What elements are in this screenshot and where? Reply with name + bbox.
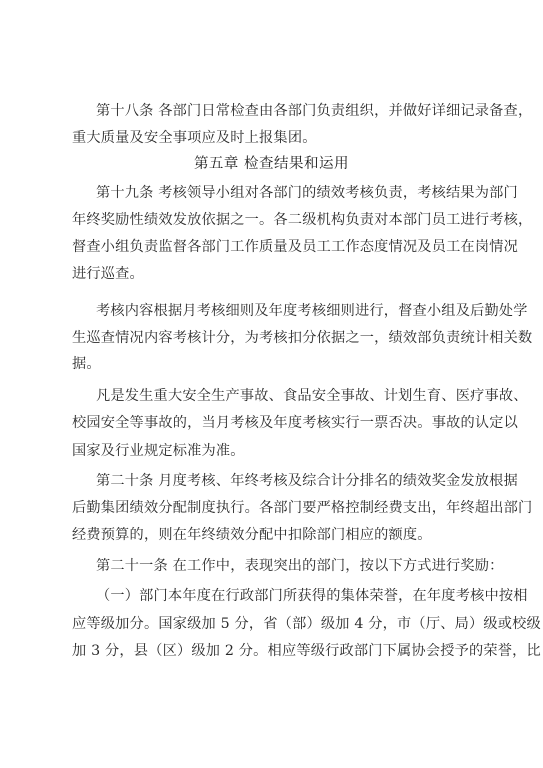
assessment-line-1: 考核内容根据月考核细则及年度考核细则进行，督查小组及后勤处学 bbox=[96, 300, 472, 322]
article-20-line-2: 后勤集团绩效分配制度执行。各部门要严格控制经费支出，年终超出部门 bbox=[72, 497, 472, 519]
article-18-line-1: 第十八条 各部门日常检查由各部门负责组织，并做好详细记录备查， bbox=[96, 100, 472, 122]
article-19-line-2: 年终奖励性绩效发放依据之一。各二级机构负责对本部门员工进行考核， bbox=[72, 209, 472, 231]
assessment-line-2: 生巡查情况内容考核计分，为考核扣分依据之一，绩效部负责统计相关数 bbox=[72, 327, 472, 349]
document-page: 第十八条 各部门日常检查由各部门负责组织，并做好详细记录备查， 重大质量及安全事… bbox=[0, 0, 543, 768]
veto-line-1: 凡是发生重大安全生产事故、食品安全事故、计划生育、医疗事故、 bbox=[96, 385, 472, 407]
article-20-line-3: 经费预算的，则在年终绩效分配中扣除部门相应的额度。 bbox=[72, 524, 472, 546]
article-19-line-4: 进行巡查。 bbox=[72, 263, 472, 285]
article-20-line-1: 第二十条 月度考核、年终考核及综合计分排名的绩效奖金发放根据 bbox=[96, 470, 472, 492]
article-21-item-1-line-3: 加 3 分，县（区）级加 2 分。相应等级行政部门下属协会授予的荣誉，比 bbox=[72, 640, 472, 662]
article-18-line-2: 重大质量及安全事项应及时上报集团。 bbox=[72, 127, 472, 149]
article-19-line-1: 第十九条 考核领导小组对各部门的绩效考核负责，考核结果为部门 bbox=[96, 182, 472, 204]
article-21-item-1-line-1: （一）部门本年度在行政部门所获得的集体荣誉，在年度考核中按相 bbox=[96, 585, 472, 607]
veto-line-3: 国家及行业规定标准为准。 bbox=[72, 440, 472, 462]
chapter-heading: 第五章 检查结果和运用 bbox=[0, 153, 543, 175]
article-19-line-3: 督查小组负责监督各部门工作质量及员工工作态度情况及员工在岗情况 bbox=[72, 236, 472, 258]
veto-line-2: 校园安全等事故的，当月考核及年度考核实行一票否决。事故的认定以 bbox=[72, 412, 472, 434]
article-21-item-1-line-2: 应等级加分。国家级加 5 分，省（部）级加 4 分，市（厅、局）级或校级 bbox=[72, 613, 472, 635]
article-21-line-1: 第二十一条 在工作中，表现突出的部门，按以下方式进行奖励： bbox=[96, 555, 472, 577]
assessment-line-3: 据。 bbox=[72, 353, 472, 375]
